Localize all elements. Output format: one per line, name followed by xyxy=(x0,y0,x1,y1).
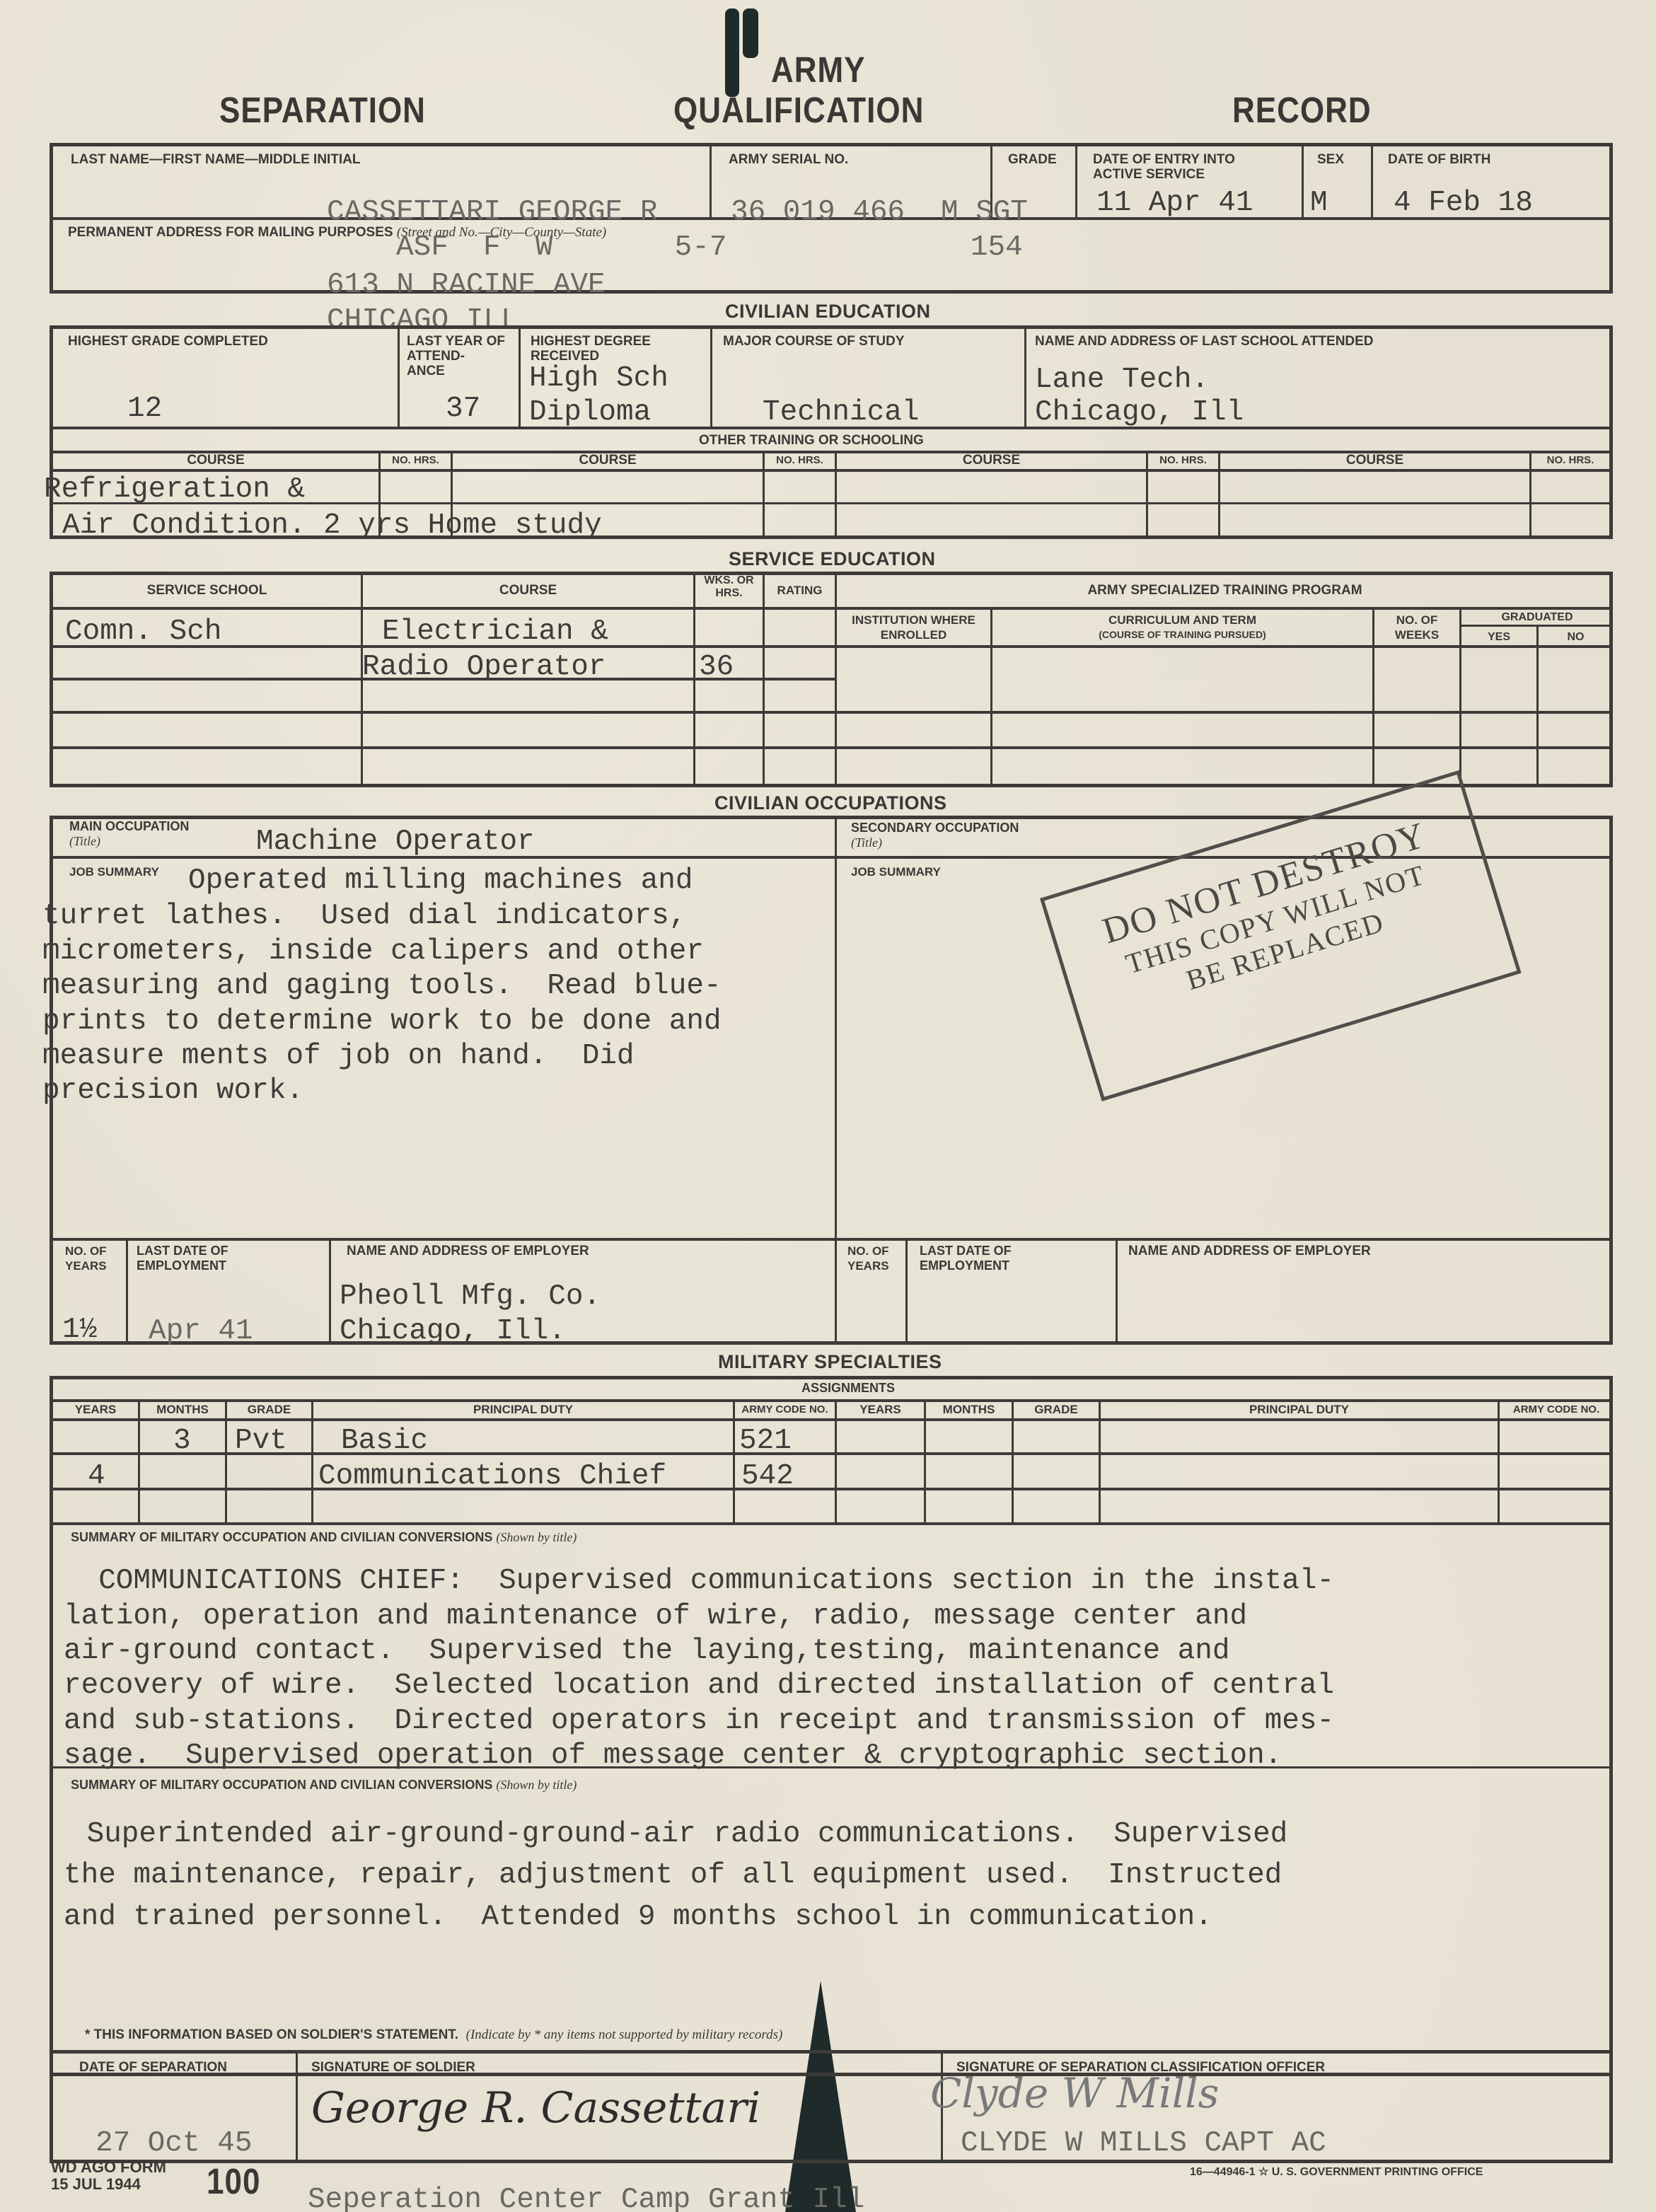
summary1-line-5: and sub-stations. Directed operators in … xyxy=(64,1703,1334,1739)
school-label: NAME AND ADDRESS OF LAST SCHOOL ATTENDED xyxy=(1035,334,1374,349)
no-weeks-header: NO. OF WEEKS xyxy=(1374,613,1459,642)
last-date-label: LAST DATE OF EMPLOYMENT xyxy=(137,1244,278,1273)
soldier-signature-label: SIGNATURE OF SOLDIER xyxy=(311,2060,475,2075)
dob-value: 4 Feb 18 xyxy=(1394,185,1533,221)
staple-top xyxy=(725,8,739,97)
name-label: LAST NAME—FIRST NAME—MIDDLE INITIAL xyxy=(71,152,361,167)
title-separation: SEPARATION xyxy=(219,91,426,132)
last-year-label: LAST YEAR OF ATTEND- ANCE xyxy=(407,334,506,378)
highest-grade-value: 12 xyxy=(127,391,162,427)
degree-label: HIGHEST DEGREE RECEIVED xyxy=(531,334,693,364)
mil-header-duty: PRINCIPAL DUTY xyxy=(313,1402,733,1417)
main-occupation-label: MAIN OCCUPATION (Title) xyxy=(69,819,189,849)
employer-value-1: Pheoll Mfg. Co. xyxy=(340,1279,601,1314)
job-summary-line-2: turret lathes. Used dial indicators, xyxy=(42,898,686,934)
employer-label: NAME AND ADDRESS OF EMPLOYER xyxy=(347,1244,589,1258)
school-value-1: Lane Tech. xyxy=(1035,362,1209,398)
mil-header-grade: GRADE xyxy=(227,1402,311,1417)
institution-header: INSTITUTION WHERE ENROLLED xyxy=(837,613,990,642)
other-header-course-1: COURSE xyxy=(53,453,378,468)
other-header-course-2: COURSE xyxy=(453,453,763,468)
address-codes: ASF F W 5-7 154 xyxy=(396,230,1023,265)
degree-value-2: Diploma xyxy=(529,395,651,430)
job-summary-line-5: prints to determine work to be done and xyxy=(42,1004,722,1039)
mil-row2-code: 542 xyxy=(741,1459,794,1494)
major-label: MAJOR COURSE OF STUDY xyxy=(723,334,905,349)
mil-header-grade-2: GRADE xyxy=(1014,1402,1099,1417)
summary2-line-2: the maintenance, repair, adjustment of a… xyxy=(64,1858,1282,1893)
form-number: 100 xyxy=(207,2162,260,2203)
other-header-hrs-4: No. HRS. xyxy=(1531,453,1609,468)
signature-box xyxy=(50,2050,1613,2163)
curriculum-header: CURRICULUM AND TERM (COURSE OF TRAINING … xyxy=(992,613,1372,642)
job-summary-line-7: precision work. xyxy=(42,1073,303,1108)
last-year-value: 37 xyxy=(446,391,480,427)
mil-row2-duty: Communications Chief xyxy=(318,1459,666,1494)
title-record: RECORD xyxy=(1232,91,1372,132)
service-weeks-header: WKS. OR HRS. xyxy=(695,574,763,600)
mil-header-months: MONTHS xyxy=(140,1402,225,1417)
mil-header-years-2: YEARS xyxy=(837,1402,924,1417)
mil-row1-months: 3 xyxy=(173,1423,191,1459)
mil-header-years: YEARS xyxy=(53,1402,138,1417)
form-id: WD AGO FORM 15 JUL 1944 xyxy=(51,2159,166,2193)
major-value: Technical xyxy=(763,395,919,430)
mil-row1-grade: Pvt xyxy=(235,1423,287,1459)
other-header-hrs-2: No. HRS. xyxy=(765,453,835,468)
other-header-course-4: COURSE xyxy=(1220,453,1529,468)
mil-row2-years: 4 xyxy=(88,1459,105,1494)
mil-header-months-2: MONTHS xyxy=(926,1402,1012,1417)
entry-value: 11 Apr 41 xyxy=(1096,185,1253,221)
officer-typed-name: CLYDE W MILLS CAPT AC xyxy=(961,2126,1326,2161)
job-summary-line-3: micrometers, inside calipers and other xyxy=(42,934,704,969)
summary2-line-3: and trained personnel. Attended 9 months… xyxy=(64,1899,1212,1935)
service-rating-header: RATING xyxy=(765,583,835,598)
service-education-title: SERVICE EDUCATION xyxy=(729,548,936,570)
job-summary-line-4: measuring and gaging tools. Read blue- xyxy=(42,968,722,1004)
assignments-label: ASSIGNMENTS xyxy=(801,1381,895,1396)
highest-grade-label: HIGHEST GRADE COMPLETED xyxy=(68,334,268,349)
summary1-line-3: air-ground contact. Supervised the layin… xyxy=(64,1633,1229,1669)
other-header-hrs-3: No. HRS. xyxy=(1148,453,1218,468)
years-value: 1½ xyxy=(62,1312,97,1348)
school-value-2: Chicago, Ill xyxy=(1035,395,1244,430)
job-summary-label: JOB SUMMARY xyxy=(69,864,159,879)
document-page: ARMY SEPARATION QUALIFICATION RECORD LAS… xyxy=(0,0,1656,2212)
date-separation-value: 27 Oct 45 xyxy=(95,2126,252,2161)
job-summary-line-1: Operated milling machines and xyxy=(188,863,693,898)
last-date-label-2: LAST DATE OF EMPLOYMENT xyxy=(920,1244,1061,1273)
service-course-header: COURSE xyxy=(363,583,693,598)
summary1-line-1: COMMUNICATIONS CHIEF: Supervised communi… xyxy=(64,1563,1334,1599)
mil-row1-duty: Basic xyxy=(341,1423,428,1459)
serial-value: 36 019 466 xyxy=(731,195,905,230)
service-course-value-2: Radio Operator xyxy=(362,649,606,685)
other-header-course-3: COURSE xyxy=(837,453,1146,468)
civilian-occupations-title: CIVILIAN OCCUPATIONS xyxy=(714,792,947,814)
mil-header-duty-2: PRINCIPAL DUTY xyxy=(1101,1402,1498,1417)
service-weeks-value: 36 xyxy=(699,649,734,685)
other-training-line2: Air Condition. 2 yrs Home study xyxy=(62,508,602,543)
summary2-label: SUMMARY OF MILITARY OCCUPATION AND CIVIL… xyxy=(71,1778,577,1793)
title-qualification: QUALIFICATION xyxy=(673,91,924,132)
graduated-header: GRADUATED xyxy=(1461,610,1613,625)
dob-label: DATE OF BIRTH xyxy=(1388,152,1490,167)
printer-line: 16—44946-1 ☆ U. S. GOVERNMENT PRINTING O… xyxy=(1190,2165,1483,2179)
officer-signature: Clyde W Mills xyxy=(930,2069,1219,2117)
summary2-line-1: Superintended air-ground-ground-air radi… xyxy=(69,1817,1287,1852)
years-label-2: NO. OF YEARS xyxy=(847,1244,904,1273)
secondary-job-summary-label: JOB SUMMARY xyxy=(851,864,941,879)
soldier-signature: George R. Cassettari xyxy=(311,2083,760,2133)
address-line1: 613 N RACINE AVE xyxy=(327,267,606,303)
sex-label: SEX xyxy=(1317,152,1344,167)
summary1-line-4: recovery of wire. Selected location and … xyxy=(64,1668,1334,1703)
other-training-line1: Refrigeration & xyxy=(44,472,305,507)
employer-label-2: NAME AND ADDRESS OF EMPLOYER xyxy=(1128,1244,1371,1258)
grade-label: GRADE xyxy=(1008,152,1057,167)
secondary-occupation-label: SECONDARY OCCUPATION (Title) xyxy=(851,821,1019,850)
date-separation-label: DATE OF SEPARATION xyxy=(79,2060,227,2075)
service-school-header: SERVICE SCHOOL xyxy=(53,583,361,598)
summary1-line-2: lation, operation and maintenance of wir… xyxy=(64,1599,1247,1634)
sex-value: M xyxy=(1310,185,1328,221)
years-label: NO. OF YEARS xyxy=(65,1244,122,1273)
entry-label: DATE OF ENTRY INTO ACTIVE SERVICE xyxy=(1093,152,1277,182)
summary1-label: SUMMARY OF MILITARY OCCUPATION AND CIVIL… xyxy=(71,1530,577,1545)
civilian-education-title: CIVILIAN EDUCATION xyxy=(725,301,931,323)
service-course-value-1: Electrician & xyxy=(382,614,608,649)
separation-center: Seperation Center Camp Grant Ill xyxy=(308,2182,864,2212)
service-school-value: Comn. Sch xyxy=(65,614,221,649)
graduated-yes-header: YES xyxy=(1461,630,1536,644)
employer-value-2: Chicago, Ill. xyxy=(340,1314,566,1349)
degree-value-1: High Sch xyxy=(529,361,668,396)
job-summary-line-6: measure ments of job on hand. Did xyxy=(42,1038,635,1074)
mil-header-code-2: ARMY CODE NO. xyxy=(1500,1402,1613,1417)
main-occupation-value: Machine Operator xyxy=(256,824,535,859)
mil-row1-code: 521 xyxy=(739,1423,792,1459)
other-header-hrs-1: No. HRS. xyxy=(381,453,451,468)
title-army: ARMY xyxy=(771,50,866,91)
staple-top-2 xyxy=(743,8,758,58)
military-specialties-title: MILITARY SPECIALTIES xyxy=(718,1351,942,1373)
serial-label: ARMY SERIAL NO. xyxy=(729,152,848,167)
graduated-no-header: NO xyxy=(1539,630,1613,644)
last-date-value: Apr 41 xyxy=(149,1314,253,1349)
mil-header-code: ARMY CODE NO. xyxy=(735,1402,835,1417)
astp-header: ARMY SPECIALIZED TRAINING PROGRAM xyxy=(837,583,1613,598)
soldier-statement-note: * THIS INFORMATION BASED ON SOLDIER'S ST… xyxy=(85,2027,782,2042)
other-training-title: OTHER TRAINING OR SCHOOLING xyxy=(699,433,924,448)
grade-value: M SGT xyxy=(941,195,1028,230)
